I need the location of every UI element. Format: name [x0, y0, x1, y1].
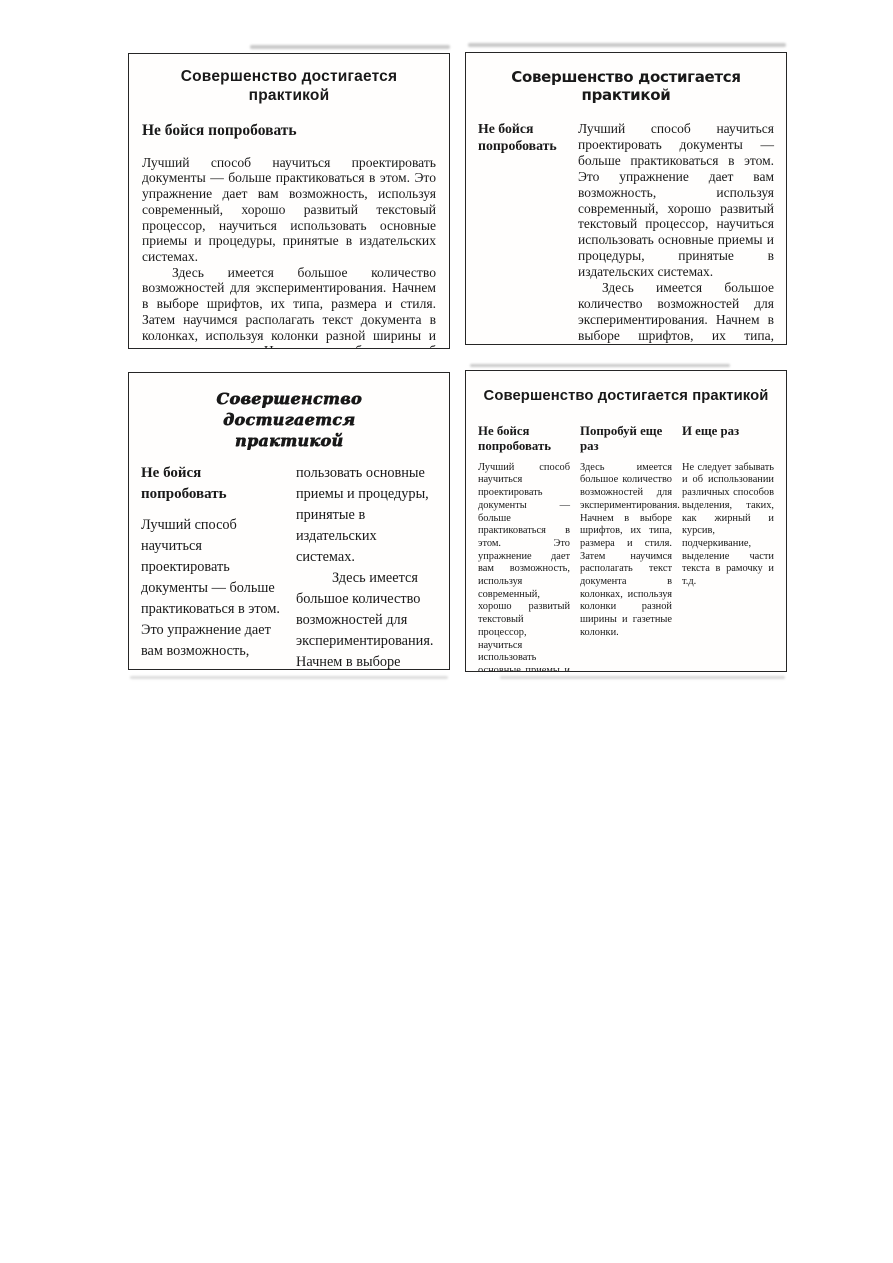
sample3-left-column: Не бойся попробовать Лучший способ научи…	[141, 463, 282, 670]
sample1-paragraph-2: Здесь имеется большое количество возможн…	[142, 265, 436, 349]
sample2-heading: Не бойся попробовать	[478, 121, 566, 154]
scanned-page: Совершенство достигается практикой Не бо…	[0, 0, 893, 1263]
sample4-column-3-body: Не следует забывать и об использовании р…	[682, 462, 774, 589]
scan-artifact	[250, 45, 450, 49]
sample3-title: Совершенство достигается практикой	[170, 388, 408, 451]
scan-artifact	[130, 676, 448, 679]
sample3-left-paragraph: Лучший способ научиться проектировать до…	[141, 515, 282, 670]
sample1-paragraph-1: Лучший способ научиться проектировать до…	[142, 155, 436, 265]
sample3-right-column: пользовать основные приемы и процедуры, …	[296, 463, 437, 670]
sample3-columns: Не бойся попробовать Лучший способ научи…	[141, 463, 437, 670]
sample4-column-2-body: Здесь имеется большое количество возможн…	[580, 462, 672, 640]
sample4-title: Совершенство достигается практикой	[478, 388, 774, 406]
sample3-right-paragraph-2: Здесь имеется большое количество возможн…	[296, 568, 437, 670]
scan-artifact	[500, 676, 785, 679]
sample4-column-3: И еще раз Не следует забывать и об испол…	[682, 424, 774, 672]
sample4-column-3-heading: И еще раз	[682, 424, 774, 457]
sample4-columns: Не бойся попробовать Лучший способ научи…	[478, 424, 774, 672]
sample3-right-paragraph-1: пользовать основные приемы и процедуры, …	[296, 463, 437, 568]
scan-artifact	[468, 43, 786, 47]
sample-one-column-layout: Совершенство достигается практикой Не бо…	[128, 53, 450, 349]
sample4-column-1-body: Лучший способ научиться проектировать до…	[478, 462, 570, 672]
sample2-title: Совершенство достигается практикой	[478, 68, 774, 104]
sample4-column-1-heading: Не бойся попробовать	[478, 424, 570, 457]
sample3-heading: Не бойся попробовать	[141, 463, 282, 505]
sample-three-column-layout: Совершенство достигается практикой Не бо…	[465, 370, 787, 672]
scan-artifact	[470, 364, 730, 367]
sample1-heading: Не бойся попробовать	[142, 122, 436, 141]
sample2-paragraph-2: Здесь имеется большое количество возможн…	[578, 280, 774, 345]
sample2-paragraph-1: Лучший способ научиться проектировать до…	[578, 121, 774, 280]
sample2-heading-column: Не бойся попробовать	[478, 121, 566, 345]
sample4-column-2: Попробуй еще раз Здесь имеется большое к…	[580, 424, 672, 672]
sample2-columns: Не бойся попробовать Лучший способ научи…	[478, 121, 774, 345]
sample1-title: Совершенство достигается практикой	[142, 68, 436, 105]
sample-two-column-layout: Совершенство достигается практикой Не бо…	[128, 372, 450, 670]
sample-side-heading-layout: Совершенство достигается практикой Не бо…	[465, 52, 787, 345]
sample2-text-column: Лучший способ научиться проектировать до…	[578, 121, 774, 345]
sample4-column-1: Не бойся попробовать Лучший способ научи…	[478, 424, 570, 672]
sample4-column-2-heading: Попробуй еще раз	[580, 424, 672, 457]
